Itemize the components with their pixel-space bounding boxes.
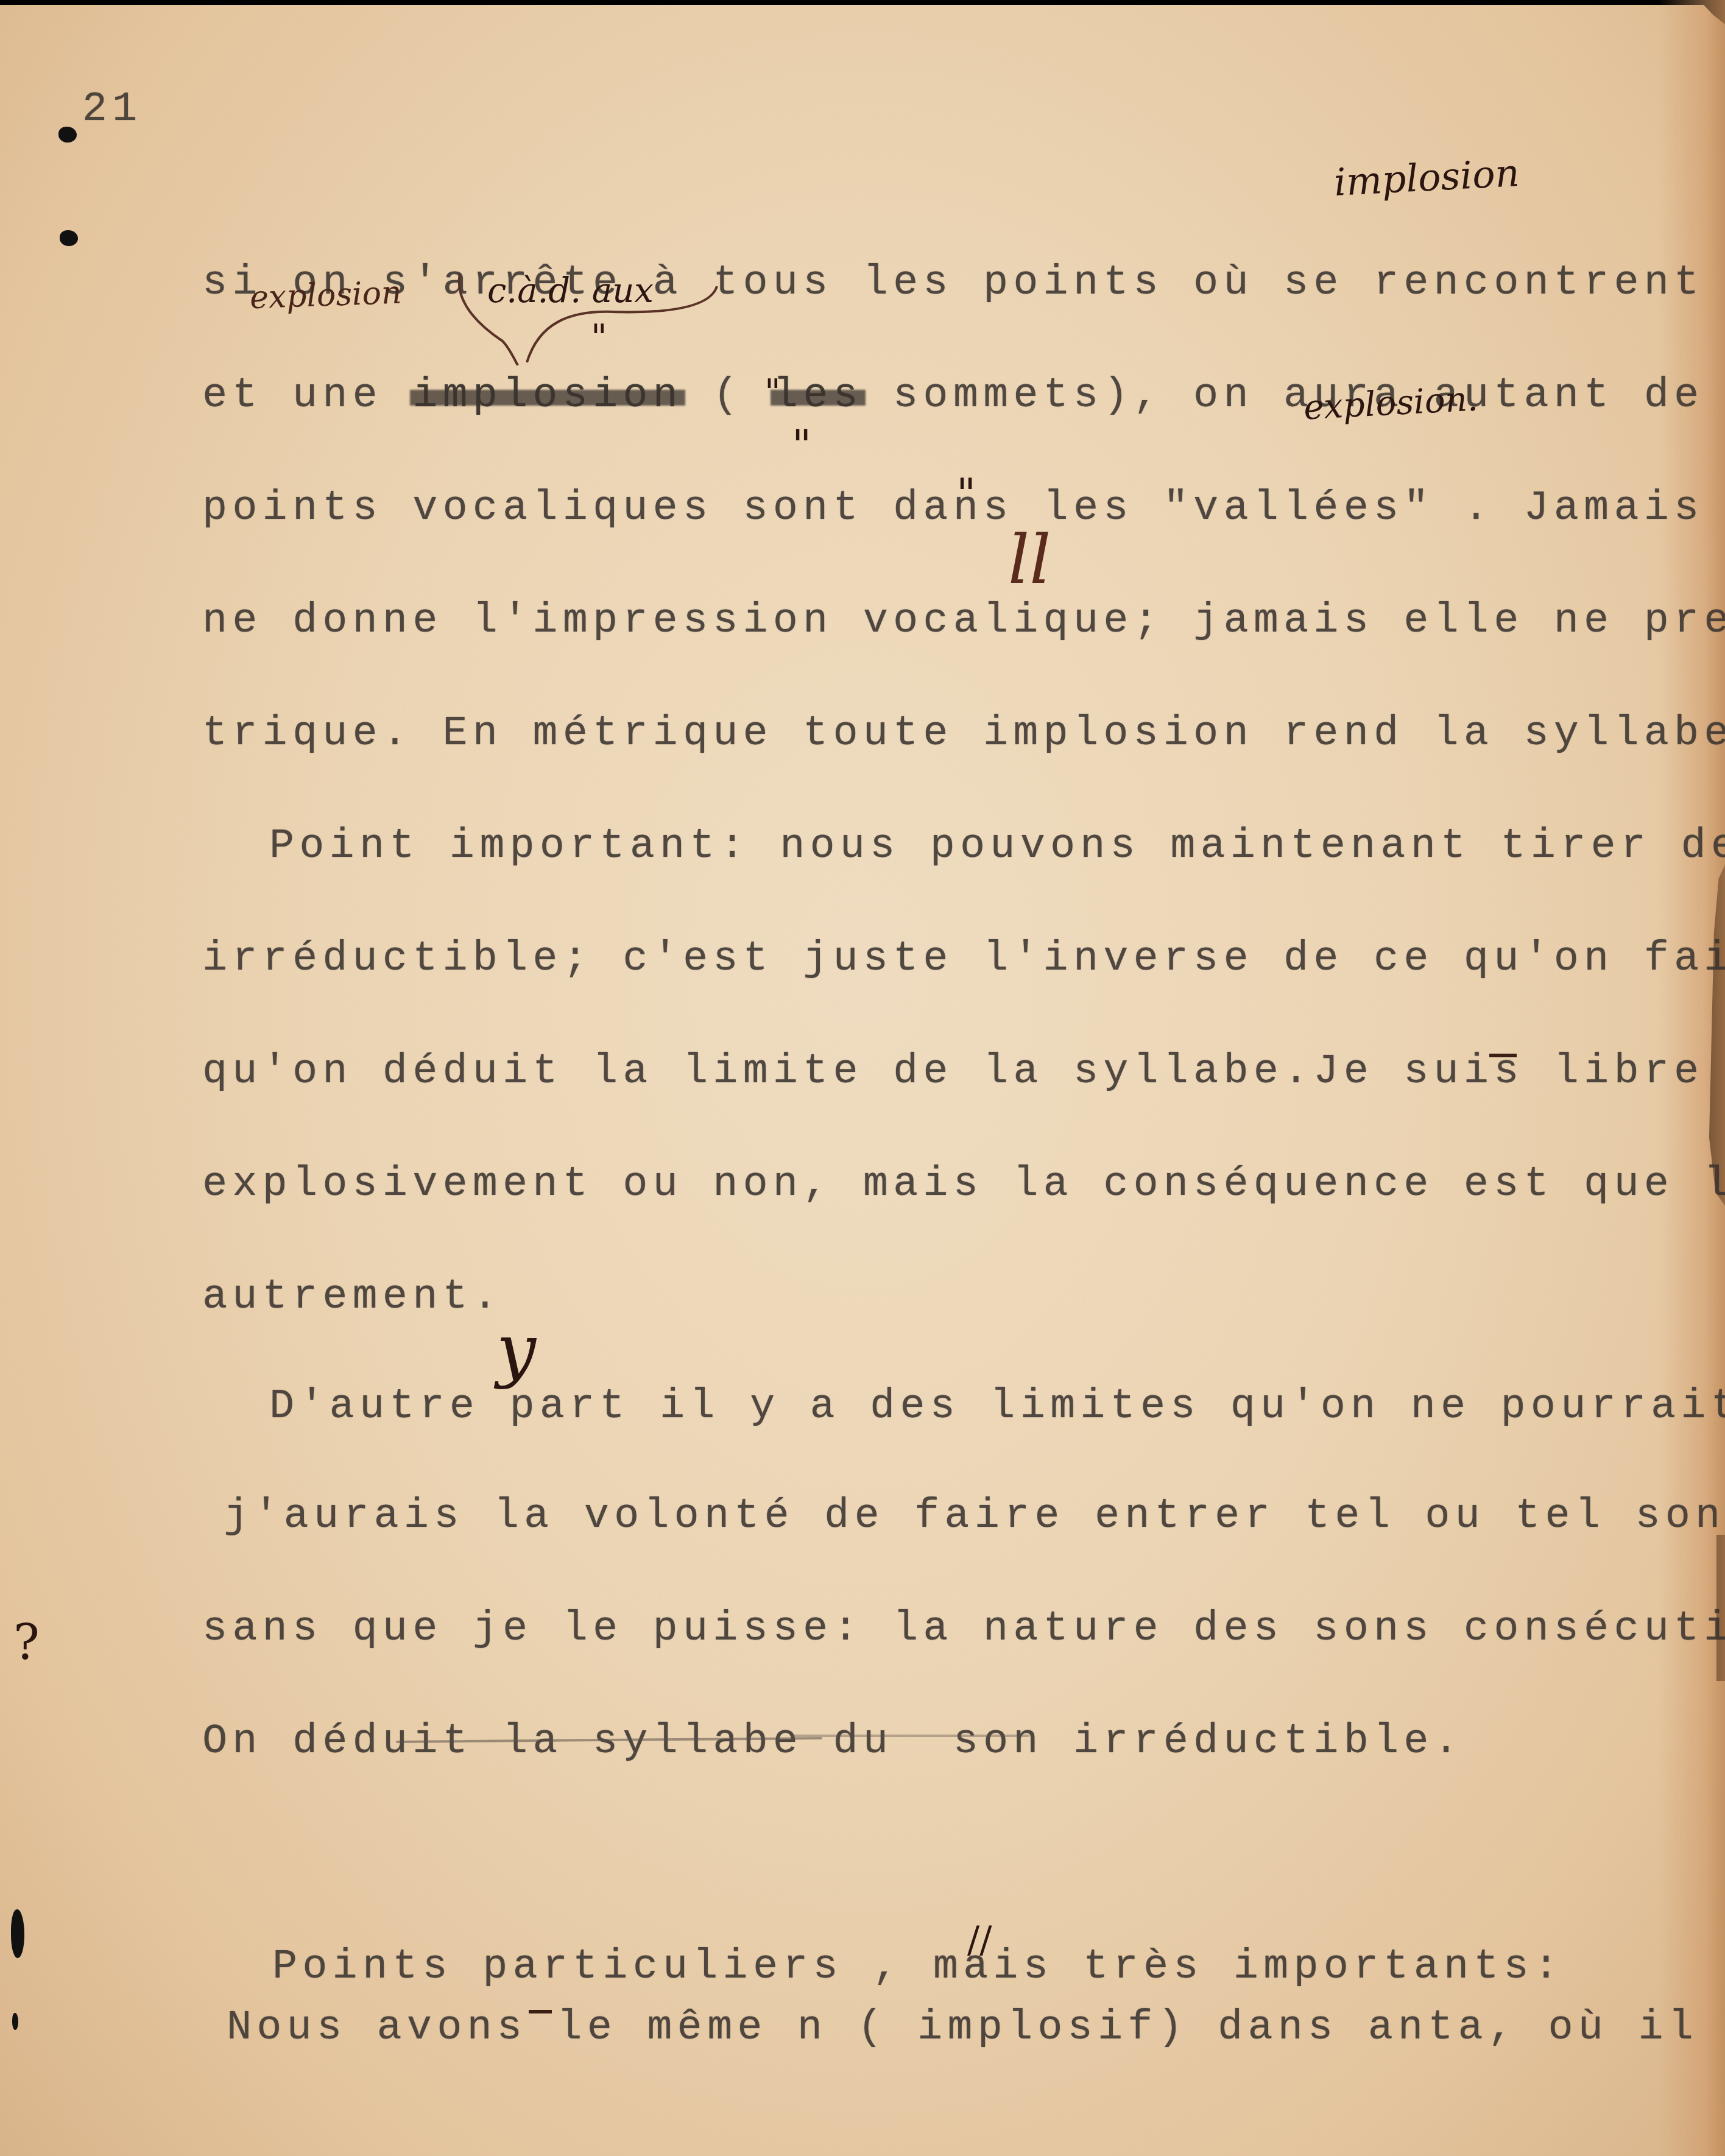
margin-ink-mark	[60, 230, 78, 246]
handwritten-quote-sommets-close: "	[764, 372, 781, 413]
margin-ink-mark	[12, 2013, 18, 2030]
handwritten-correction-explosion: explosion	[249, 275, 402, 317]
underline-k-mark	[1489, 1054, 1517, 1057]
handwritten-insertion-bracket	[454, 268, 722, 365]
page-number: 21	[82, 85, 143, 134]
handwritten-accent-marks: //	[967, 1918, 992, 1961]
margin-ink-mark	[58, 127, 77, 143]
struck-word: les	[773, 372, 863, 420]
margin-ink-mark	[11, 1909, 24, 1958]
handwritten-correction-implosion: implosion	[1333, 150, 1520, 205]
document-page: 21 si on s'arrête à tous les points où s…	[0, 0, 1725, 2156]
typed-line-16: Nous avons le même n ( implosif) dans an…	[107, 1955, 1725, 2101]
underline-n-mark	[529, 2010, 552, 2013]
struck-word: implosion	[412, 372, 683, 420]
handwritten-insertion-y: y	[496, 1309, 536, 1391]
margin-query-mark: ?	[13, 1614, 40, 1671]
pencil-separator-line	[792, 1735, 1029, 1737]
handwritten-quote-open: "	[792, 420, 811, 470]
handwritten-correction-ll: ll	[1008, 521, 1051, 599]
scan-border-top	[0, 0, 1725, 5]
handwritten-quote-sommets-open: "	[591, 317, 607, 358]
typed-line-14: On déduit la syllabe du son irréductible…	[82, 1669, 1464, 1815]
handwritten-quote-close: "	[956, 469, 976, 519]
